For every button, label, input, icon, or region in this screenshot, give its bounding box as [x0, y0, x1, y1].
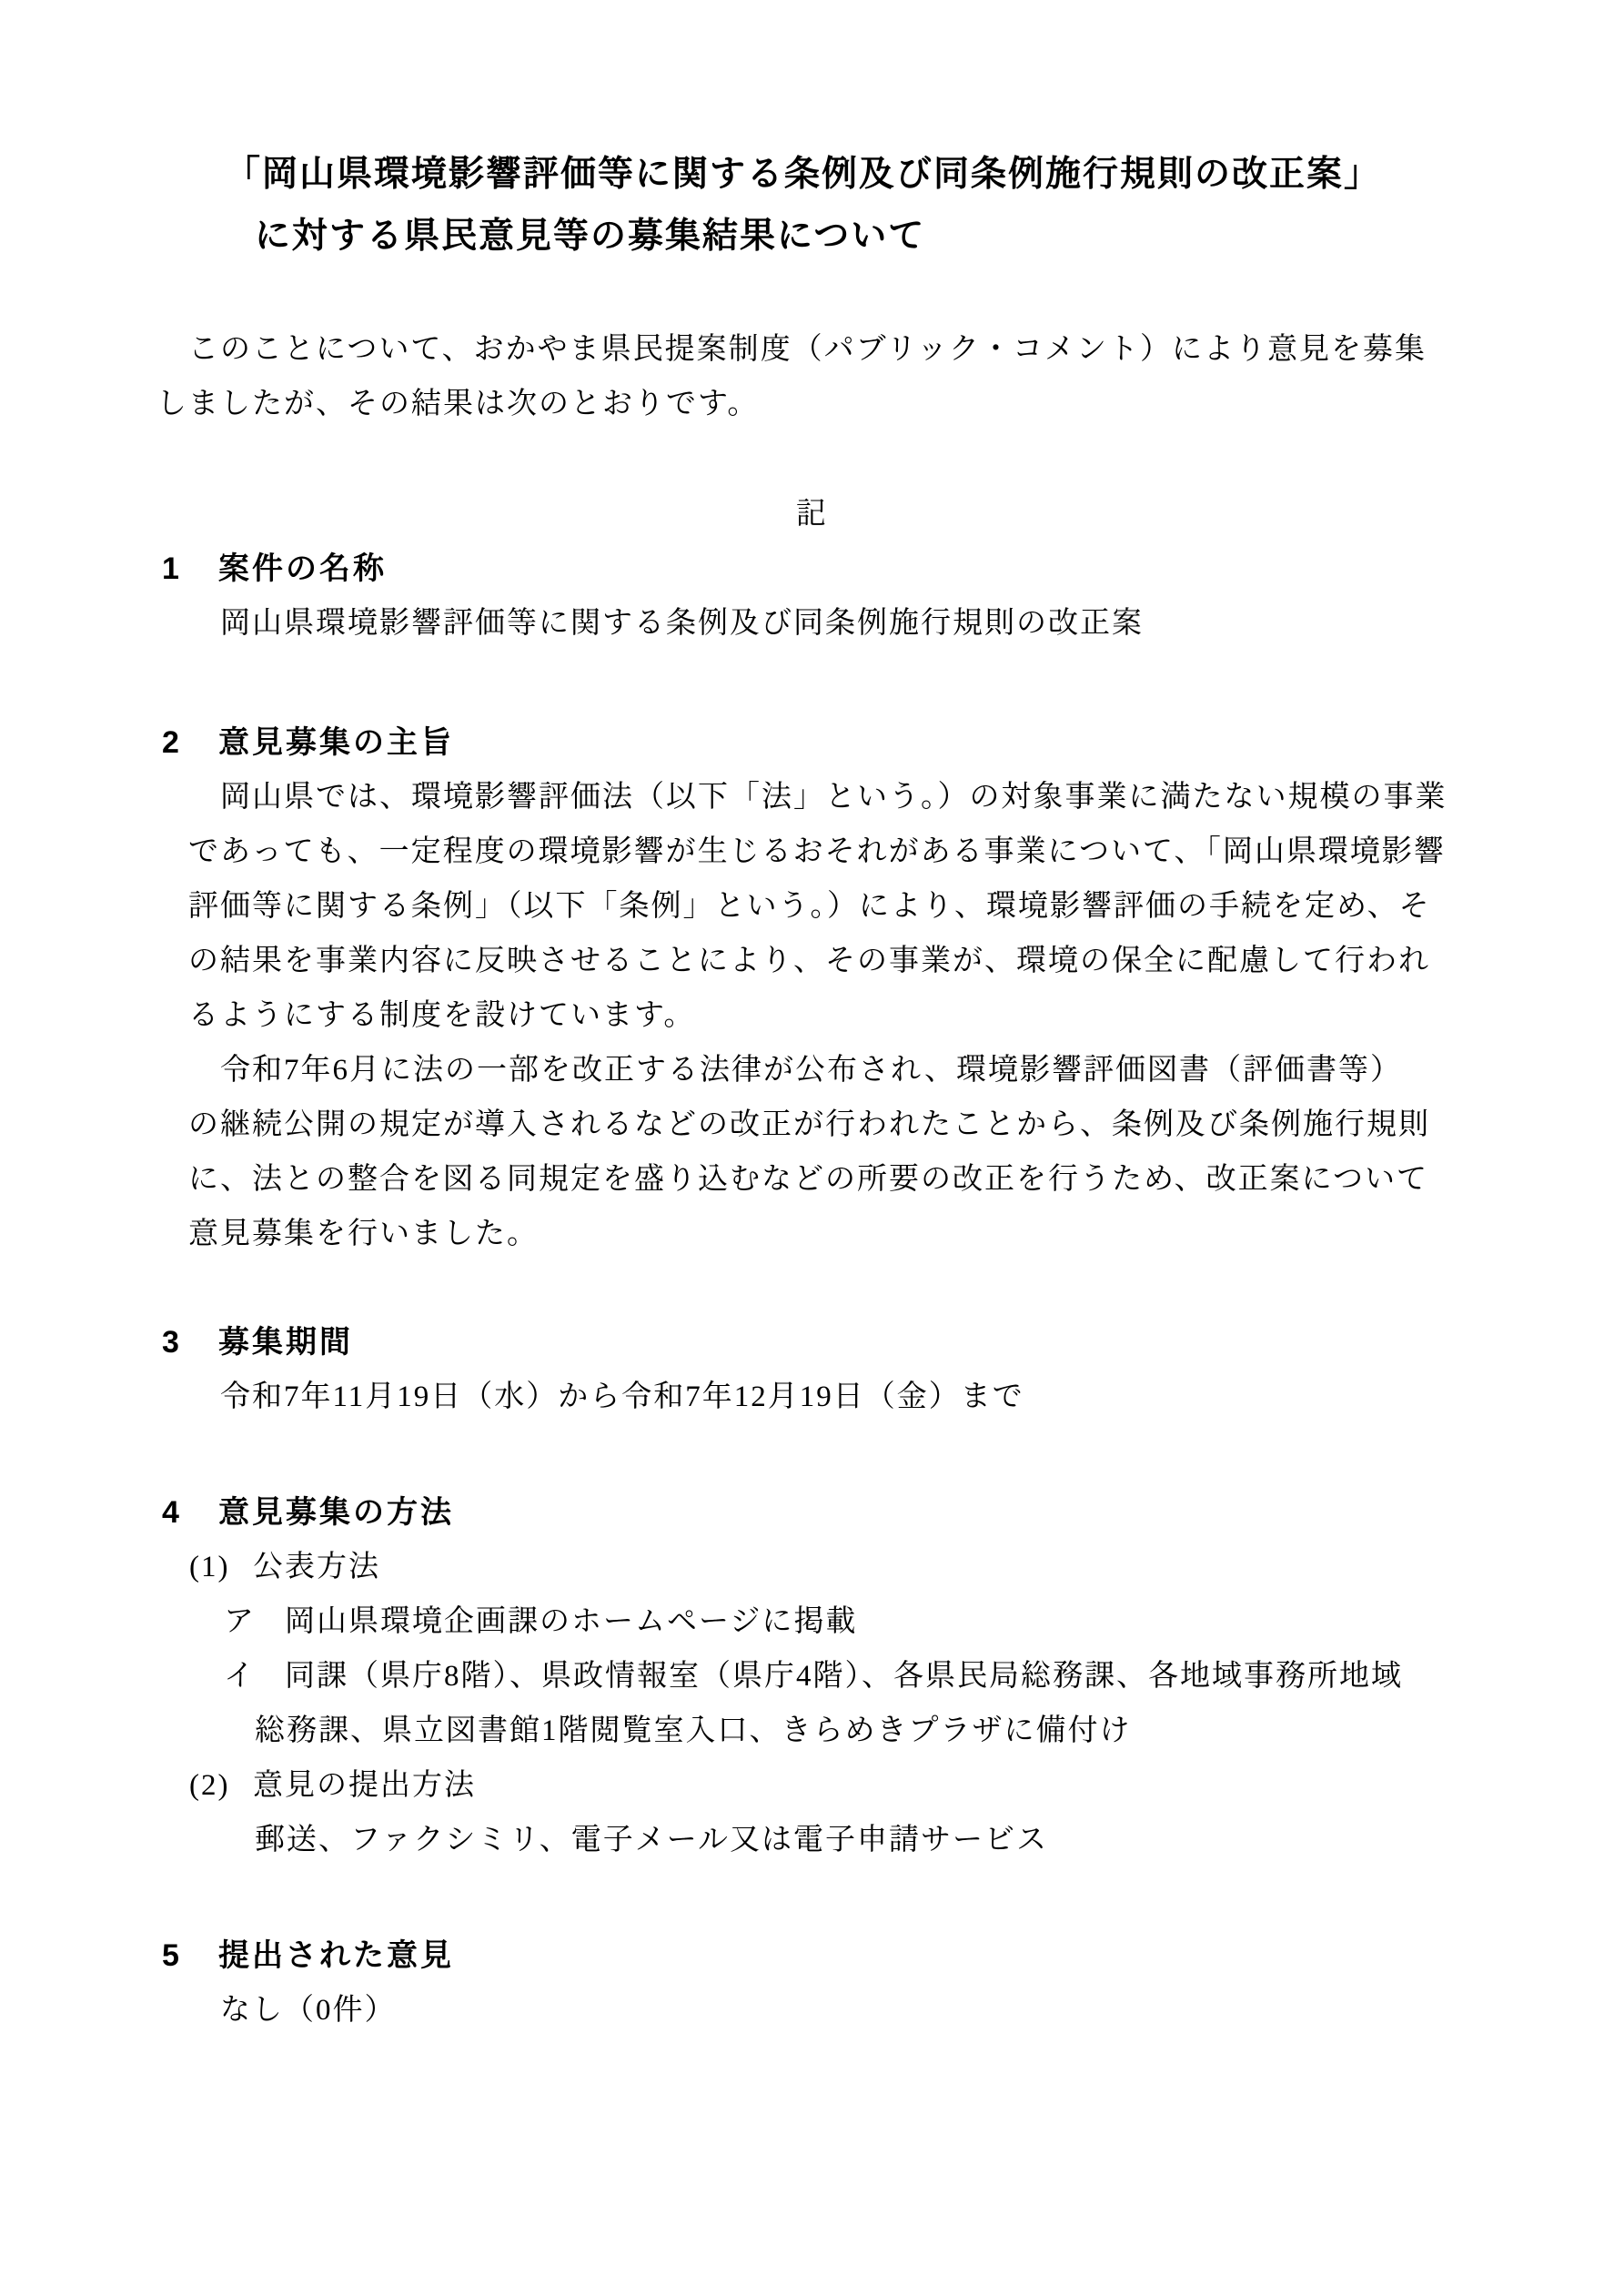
item-1b-text: 同課（県庁8階）、県政情報室（県庁4階）、各県民局総務課、各地域事務所地域 [285, 1649, 1403, 1704]
item-1-marker: (1) [189, 1540, 253, 1594]
section-4-heading: 4 意見募集の方法 [156, 1485, 1468, 1540]
paragraph-line: るようにする制度を設けています。 [188, 988, 1468, 1043]
title-line-1: 「岡山県環境影響評価等に関する条例及び同条例施行規則の改正案」 [225, 144, 1468, 206]
section-2-heading: 2 意見募集の主旨 [156, 715, 1468, 770]
section-2-paragraph-1: 岡山県では、環境影響評価法（以下「法」という。）の対象事業に満たない規模の事業 … [188, 770, 1468, 1043]
title-line-2: に対する県民意見等の募集結果について [255, 206, 1468, 268]
section-5-label: 提出された意見 [218, 1928, 454, 1983]
document-page: 「岡山県環境影響評価等に関する条例及び同条例施行規則の改正案」 に対する県民意見… [0, 0, 1624, 2296]
section-1-body: 岡山県環境影響評価等に関する条例及び同条例施行規則の改正案 [220, 596, 1468, 651]
section-4-item-1a: ア 岡山県環境企画課のホームページに掲載 [224, 1594, 1468, 1649]
section-1-label: 案件の名称 [218, 541, 387, 596]
intro-line-1: このことについて、おかやま県民提案制度（パブリック・コメント）により意見を募集 [156, 322, 1468, 377]
section-2-paragraph-2: 令和7年6月に法の一部を改正する法律が公布され、環境影響評価図書（評価書等） の… [188, 1043, 1468, 1261]
section-1-number: 1 [162, 541, 218, 596]
item-1-text: 公表方法 [253, 1540, 380, 1594]
section-1-heading: 1 案件の名称 [156, 541, 1468, 596]
section-4-item-1: (1) 公表方法 [189, 1540, 1468, 1594]
section-4-item-1b-continuation: 総務課、県立図書館1階閲覧室入口、きらめきプラザに備付け [255, 1704, 1468, 1758]
section-5-body: なし（0件） [220, 1983, 1468, 2038]
paragraph-line: の継続公開の規定が導入されるなどの改正が行われたことから、条例及び条例施行規則 [188, 1097, 1468, 1152]
item-2-text: 意見の提出方法 [253, 1758, 476, 1813]
section-3-heading: 3 募集期間 [156, 1315, 1468, 1370]
paragraph-line: に、法との整合を図る同規定を盛り込むなどの所要の改正を行うため、改正案について [188, 1152, 1468, 1207]
paragraph-line: であっても、一定程度の環境影響が生じるおそれがある事業について、「岡山県環境影響 [188, 824, 1468, 879]
intro-line-2: しましたが、その結果は次のとおりです。 [156, 377, 1468, 431]
section-3-body: 令和7年11月19日（水）から令和7年12月19日（金）まで [220, 1370, 1468, 1424]
section-4-item-1b: イ 同課（県庁8階）、県政情報室（県庁4階）、各県民局総務課、各地域事務所地域 [224, 1649, 1468, 1704]
paragraph-line: の結果を事業内容に反映させることにより、その事業が、環境の保全に配慮して行われ [188, 934, 1468, 988]
section-4-label: 意見募集の方法 [218, 1485, 454, 1540]
paragraph-line: 令和7年6月に法の一部を改正する法律が公布され、環境影響評価図書（評価書等） [188, 1043, 1468, 1097]
section-2-label: 意見募集の主旨 [218, 715, 454, 770]
paragraph-line: 意見募集を行いました。 [188, 1207, 1468, 1261]
intro-paragraph: このことについて、おかやま県民提案制度（パブリック・コメント）により意見を募集 … [156, 322, 1468, 431]
item-2-marker: (2) [189, 1758, 253, 1813]
section-4-item-2: (2) 意見の提出方法 [189, 1758, 1468, 1813]
item-1b-marker: イ [224, 1649, 285, 1704]
section-4-item-2-body: 郵送、ファクシミリ、電子メール又は電子申請サービス [255, 1813, 1468, 1867]
section-2-number: 2 [162, 715, 218, 770]
section-4-number: 4 [162, 1485, 218, 1540]
section-3-label: 募集期間 [218, 1315, 353, 1370]
section-5-number: 5 [162, 1928, 218, 1983]
document-title: 「岡山県環境影響評価等に関する条例及び同条例施行規則の改正案」 に対する県民意見… [156, 144, 1468, 268]
item-1a-text: 岡山県環境企画課のホームページに掲載 [285, 1594, 857, 1649]
item-1a-marker: ア [224, 1594, 285, 1649]
section-5-heading: 5 提出された意見 [156, 1928, 1468, 1983]
ki-marker: 記 [156, 487, 1468, 541]
paragraph-line: 岡山県では、環境影響評価法（以下「法」という。）の対象事業に満たない規模の事業 [188, 770, 1468, 824]
paragraph-line: 評価等に関する条例」（以下「条例」という。）により、環境影響評価の手続を定め、そ [188, 879, 1468, 934]
section-3-number: 3 [162, 1315, 218, 1370]
